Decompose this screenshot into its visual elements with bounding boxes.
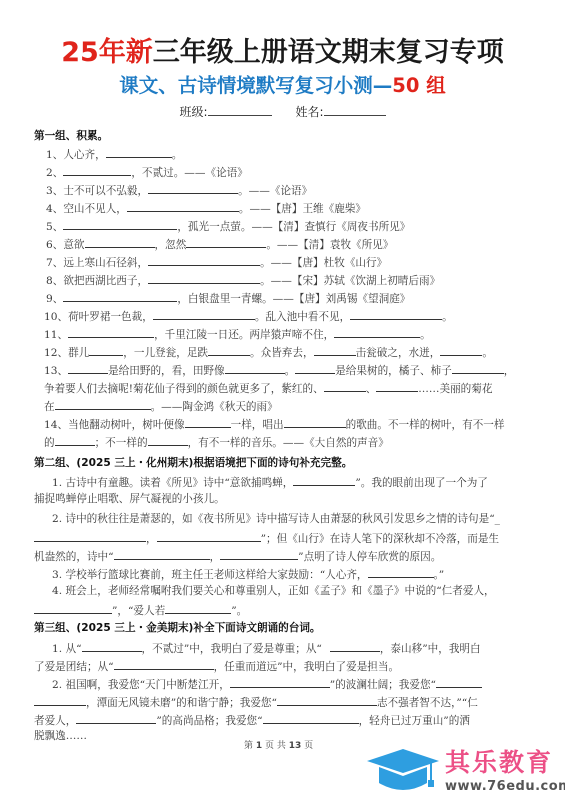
blank[interactable] bbox=[376, 380, 418, 392]
g1-item-13-line3: 在。——陶金鸿《秋天的雨》 bbox=[44, 398, 278, 414]
g3-q2-line4: 脱飘逸…… bbox=[34, 729, 87, 743]
blank[interactable] bbox=[63, 164, 131, 176]
blank[interactable] bbox=[85, 236, 155, 248]
g1-item-13-line1: 13、是给田野的，看，田野像。是给果树的，橘子、柿子， bbox=[44, 362, 514, 378]
blank[interactable] bbox=[436, 676, 482, 688]
title-main: 三年级上册语文期末复习专项 bbox=[153, 37, 504, 68]
blank[interactable] bbox=[55, 398, 151, 410]
blank[interactable] bbox=[34, 694, 86, 706]
blank[interactable] bbox=[440, 344, 482, 356]
name-label: 姓名: bbox=[296, 105, 324, 119]
g1-item-11: 11、，千里江陵一日还。两岸猿声啼不住，。 bbox=[44, 326, 431, 342]
blank[interactable] bbox=[452, 362, 504, 374]
blank[interactable] bbox=[330, 640, 380, 652]
g2-q4-line2: ”，“爱人若”。 bbox=[34, 602, 247, 618]
g3-q2-line2: ，潭面无风镜未磨”的和谐宁静；我爱您“志不强者智不达，”“仁 bbox=[34, 694, 478, 710]
graduation-cap-icon bbox=[365, 747, 443, 797]
g1-item-3: 3、士不可以不弘毅，。——《论语》 bbox=[46, 182, 312, 198]
blank[interactable] bbox=[334, 326, 420, 338]
blank[interactable] bbox=[185, 416, 231, 428]
g2-q4-line1: 4. 班会上，老师经常嘱咐我们要关心和尊重别人，正如《孟子》和《墨子》中说的“仁… bbox=[52, 584, 495, 598]
g2-q3: 3. 学校举行篮球比赛前，班主任王老师这样给大家鼓励：“人心齐，。” bbox=[52, 566, 444, 582]
blank[interactable] bbox=[295, 362, 335, 374]
document-title: 25年新三年级上册语文期末复习专项 bbox=[0, 36, 565, 70]
blank[interactable] bbox=[186, 236, 266, 248]
blank[interactable] bbox=[114, 658, 214, 670]
brand-url: www.76edu.com bbox=[445, 779, 565, 794]
group3-heading: 第三组、(2025 三上・金美期末)补全下面诗文朗诵的台词。 bbox=[34, 621, 321, 635]
blank[interactable] bbox=[34, 602, 112, 614]
blank[interactable] bbox=[153, 308, 255, 320]
blank[interactable] bbox=[148, 254, 260, 266]
page-total: 13 bbox=[289, 741, 302, 751]
blank[interactable] bbox=[157, 530, 261, 542]
document-subtitle: 课文、古诗情境默写复习小测—50 组 bbox=[0, 73, 565, 99]
g1-item-14-line2: 的；不一样的，有不一样的音乐。——《大自然的声音》 bbox=[44, 434, 389, 450]
g3-q1-line2: 了爱是团结；从“，任重而道远”中，我明白了爱是担当。 bbox=[34, 658, 399, 674]
blank[interactable] bbox=[277, 694, 377, 706]
blank[interactable] bbox=[263, 712, 359, 724]
blank[interactable] bbox=[220, 548, 298, 560]
g1-item-7: 7、远上寒山石径斜，。——【唐】杜牧《山行》 bbox=[46, 254, 387, 270]
class-label: 班级: bbox=[179, 105, 207, 119]
name-blank[interactable] bbox=[324, 103, 386, 116]
blank[interactable] bbox=[55, 434, 95, 446]
g1-item-4: 4、空山不见人，。——【唐】王维《鹿柴》 bbox=[46, 200, 366, 216]
blank[interactable] bbox=[284, 416, 346, 428]
g1-item-1: 1、人心齐，。 bbox=[46, 146, 182, 162]
blank[interactable] bbox=[34, 530, 146, 542]
g2-q2-line3: 机盎然的，诗中“，”点明了诗人停车欣赏的原因。 bbox=[34, 548, 441, 564]
group2-heading: 第二组、(2025 三上・化州期末)根据语境把下面的诗句补充完整。 bbox=[34, 456, 352, 470]
page-indicator: 第 1 页 共 13 页 bbox=[244, 738, 313, 751]
blank[interactable] bbox=[324, 380, 366, 392]
class-blank[interactable] bbox=[208, 103, 272, 116]
g2-q2-line2: ，”；但《山行》在诗人笔下的深秋却不冷落，而是生 bbox=[34, 530, 499, 546]
blank[interactable] bbox=[89, 344, 123, 356]
g3-q1-line1: 1. 从“，不贰过”中，我明白了爱是尊重；从“，泰山移”中，我明白 bbox=[52, 640, 481, 656]
g3-q2-line1: 2. 祖国啊，我爱您“天门中断楚江开，”的波澜壮阔；我爱您“ bbox=[52, 676, 482, 692]
blank[interactable] bbox=[82, 640, 142, 652]
g3-q2-line3: 者爱人，”的高尚品格；我爱您“，轻舟已过万重山”的洒 bbox=[34, 712, 470, 728]
g1-item-10: 10、荷叶罗裙一色裁，。乱入池中看不见，。 bbox=[44, 308, 453, 324]
blank[interactable] bbox=[63, 290, 177, 302]
blank[interactable] bbox=[293, 474, 355, 486]
blank[interactable] bbox=[165, 602, 231, 614]
blank[interactable] bbox=[368, 566, 434, 578]
blank[interactable] bbox=[148, 434, 188, 446]
blank[interactable] bbox=[230, 676, 330, 688]
g1-item-14-line1: 14、当他翻动树叶，树叶便像一样，唱出的歌曲。不一样的树叶，有不一样 bbox=[44, 416, 504, 432]
blank[interactable] bbox=[63, 218, 177, 230]
blank[interactable] bbox=[314, 344, 356, 356]
g2-q2-line1: 2. 诗中的秋往往是萧瑟的，如《夜书所见》诗中描写诗人由萧瑟的秋风引发思乡之情的… bbox=[52, 512, 500, 526]
subtitle-count: 50 组 bbox=[392, 74, 445, 97]
subtitle-main: 课文、古诗情境默写复习小测— bbox=[119, 74, 392, 97]
brand-logo: 其乐教育 www.76edu.com bbox=[365, 747, 565, 797]
g2-q1-line1: 1. 古诗中有童趣。读着《所见》诗中“意欲捕鸣蝉，”。我的眼前出现了一个为了 bbox=[52, 474, 488, 490]
blank[interactable] bbox=[114, 548, 210, 560]
blank[interactable] bbox=[68, 326, 154, 338]
blank[interactable] bbox=[148, 182, 238, 194]
blank[interactable] bbox=[76, 712, 156, 724]
blank[interactable] bbox=[127, 200, 239, 212]
blank[interactable] bbox=[68, 362, 108, 374]
brand-name: 其乐教育 bbox=[445, 749, 553, 777]
g2-q1-line2: 捕捉鸣蝉停止唱歌、屏气凝视的小孩儿。 bbox=[34, 492, 225, 506]
blank[interactable] bbox=[106, 146, 172, 158]
g1-item-13-line2: 争着要人们去摘呢!菊花仙子得到的颜色就更多了，紫红的、、……美丽的菊花 bbox=[44, 380, 492, 396]
blank[interactable] bbox=[225, 362, 285, 374]
g1-item-5: 5、，孤光一点萤。——【清】查慎行《周夜书所见》 bbox=[46, 218, 410, 234]
blank[interactable] bbox=[208, 344, 250, 356]
title-year: 25年新 bbox=[61, 37, 153, 68]
g1-item-6: 6、意欲，忽然。——【清】袁牧《所见》 bbox=[46, 236, 393, 252]
group1-heading: 第一组、积累。 bbox=[34, 129, 108, 143]
g1-item-9: 9、，白银盘里一青螺。——【唐】刘禹锡《望洞庭》 bbox=[46, 290, 410, 306]
student-info: 班级:姓名: bbox=[0, 103, 565, 121]
blank[interactable] bbox=[148, 272, 260, 284]
g1-item-12: 12、群儿，一儿登瓮，足跌。众皆弃去，击瓮破之，水迸，。 bbox=[44, 344, 493, 360]
blank[interactable] bbox=[350, 308, 442, 320]
g1-item-8: 8、欲把西湖比西子，。——【宋】苏轼《饮湖上初晴后雨》 bbox=[46, 272, 440, 288]
g1-item-2: 2、，不贰过。——《论语》 bbox=[46, 164, 248, 180]
